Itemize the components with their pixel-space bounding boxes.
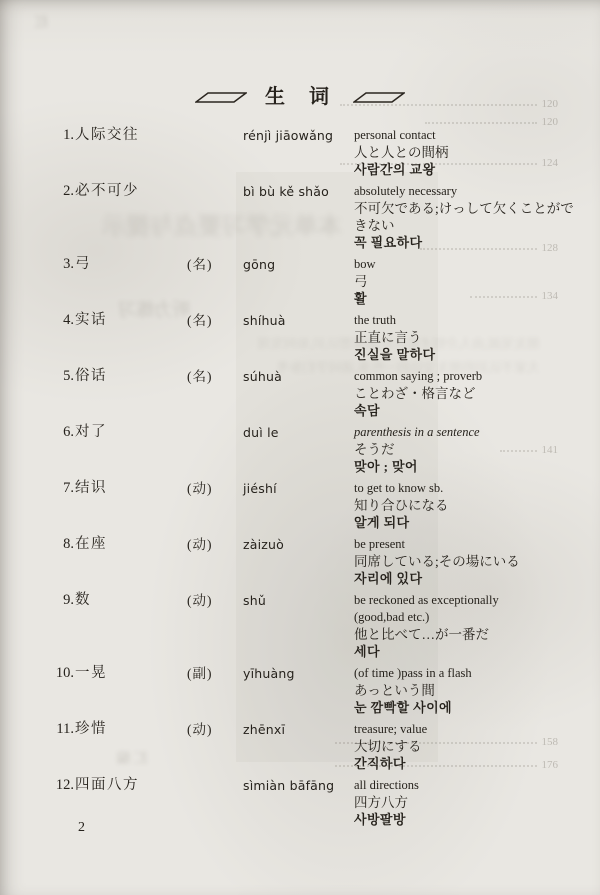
translation-line-ko: 눈 깜빡할 사이에: [354, 699, 574, 716]
translation-line-en: absolutely necessary: [354, 183, 574, 200]
vocab-entry: 4.实话(名)shíhuàthe truth正直に言う진실을 말하다: [48, 312, 574, 363]
entry-part-of-speech: (副): [187, 665, 243, 716]
vocab-entry: 6.对了duì leparenthesis in a sentenceそうだ맞아…: [48, 424, 574, 475]
entry-pinyin: bì bù kě shǎo: [243, 183, 354, 251]
entry-pinyin: gōng: [243, 256, 354, 307]
entry-head: 6.对了duì le: [48, 424, 354, 475]
entry-translations: bow弓활: [354, 256, 574, 307]
entry-number: 7.: [48, 480, 74, 531]
entry-pinyin: yīhuàng: [243, 665, 354, 716]
entry-pinyin: sìmiàn bāfāng: [243, 777, 354, 828]
entry-word: 数: [74, 592, 187, 660]
translation-line-ko: 세다: [354, 643, 574, 660]
translation-line-ko: 사방팔방: [354, 811, 574, 828]
entry-word: 俗话: [74, 368, 187, 419]
entry-head: 4.实话(名)shíhuà: [48, 312, 354, 363]
translation-line-en: to get to know sb.: [354, 480, 574, 497]
entry-word: 四面八方: [74, 777, 187, 828]
entry-part-of-speech: [187, 127, 243, 178]
entry-pinyin: rénjì jiāowǎng: [243, 127, 354, 178]
entry-head: 7.结识(动)jiéshí: [48, 480, 354, 531]
right-parallelogram-ornament: [353, 92, 405, 103]
entry-part-of-speech: [187, 777, 243, 828]
vocab-entry: 9.数(动)shǔbe reckoned as exceptionally(go…: [48, 592, 574, 660]
entry-head: 11.珍惜(动)zhēnxī: [48, 721, 354, 772]
entry-part-of-speech: (名): [187, 256, 243, 307]
entry-translations: be reckoned as exceptionally(good,bad et…: [354, 592, 574, 660]
bleedthrough-toc-leader: 120: [425, 112, 558, 128]
translation-line-en: (good,bad etc.): [354, 609, 574, 626]
vocab-entry: 7.结识(动)jiéshíto get to know sb.知り合ひになる알게…: [48, 480, 574, 531]
entry-translations: be present同席している;その場にいる자리에 있다: [354, 536, 574, 587]
translation-line-ja: 人と人との間柄: [354, 144, 574, 161]
translation-line-en: bow: [354, 256, 574, 273]
translation-line-ko: 진실을 말하다: [354, 346, 574, 363]
translation-line-ko: 맞아 ; 맞어: [354, 458, 574, 475]
entry-number: 1.: [48, 127, 74, 178]
entry-number: 3.: [48, 256, 74, 307]
entry-head: 9.数(动)shǔ: [48, 592, 354, 660]
entry-number: 2.: [48, 183, 74, 251]
entry-pinyin: zàizuò: [243, 536, 354, 587]
translation-line-en: all directions: [354, 777, 574, 794]
translation-line-en: treasure; value: [354, 721, 574, 738]
translation-line-ja: 正直に言う: [354, 329, 574, 346]
bleedthrough-dotted-line: [425, 122, 537, 124]
entry-part-of-speech: (动): [187, 480, 243, 531]
entry-part-of-speech: [187, 424, 243, 475]
page-title: 生词: [265, 86, 353, 108]
translation-line-en: personal contact: [354, 127, 574, 144]
entry-pinyin: súhuà: [243, 368, 354, 419]
translation-line-ja: 四方八方: [354, 794, 574, 811]
translation-line-ko: 알게 되다: [354, 514, 574, 531]
vocab-list: 1.人际交往rénjì jiāowǎngpersonal contact人と人と…: [48, 127, 574, 833]
entry-part-of-speech: [187, 183, 243, 251]
entry-word: 一晃: [74, 665, 187, 716]
entry-pinyin: shíhuà: [243, 312, 354, 363]
entry-translations: the truth正直に言う진실을 말하다: [354, 312, 574, 363]
entry-word: 在座: [74, 536, 187, 587]
entry-number: 8.: [48, 536, 74, 587]
entry-head: 2.必不可少bì bù kě shǎo: [48, 183, 354, 251]
translation-line-ko: 자리에 있다: [354, 570, 574, 587]
entry-translations: parenthesis in a sentenceそうだ맞아 ; 맞어: [354, 424, 574, 475]
translation-line-en: the truth: [354, 312, 574, 329]
entry-number: 10.: [48, 665, 74, 716]
vocab-entry: 12.四面八方sìmiàn bāfāngall directions四方八方사방…: [48, 777, 574, 828]
translation-line-ja: 同席している;その場にいる: [354, 553, 574, 570]
translation-line-ko: 사람간의 교왕: [354, 161, 574, 178]
vocab-entry: 10.一晃(副)yīhuàng(of time )pass in a flash…: [48, 665, 574, 716]
translation-line-ja: そうだ: [354, 441, 574, 458]
vocab-entry: 1.人际交往rénjì jiāowǎngpersonal contact人と人と…: [48, 127, 574, 178]
translation-line-ko: 간직하다: [354, 755, 574, 772]
section-header: 生词: [0, 86, 600, 108]
entry-pinyin: shǔ: [243, 592, 354, 660]
entry-word: 结识: [74, 480, 187, 531]
translation-line-ja: 知り合ひになる: [354, 497, 574, 514]
translation-line-ko: 활: [354, 290, 574, 307]
entry-number: 12.: [48, 777, 74, 828]
translation-line-ja: 不可欠である;けっして欠くことがで: [354, 200, 574, 217]
vocab-entry: 8.在座(动)zàizuòbe present同席している;その場にいる자리에 …: [48, 536, 574, 587]
entry-head: 3.弓(名)gōng: [48, 256, 354, 307]
entry-number: 9.: [48, 592, 74, 660]
translation-line-ko: 속담: [354, 402, 574, 419]
page-number: 2: [78, 820, 85, 836]
translation-line-en: be reckoned as exceptionally: [354, 592, 574, 609]
entry-head: 8.在座(动)zàizuò: [48, 536, 354, 587]
entry-part-of-speech: (名): [187, 312, 243, 363]
translation-line-ja: 他と比べて…が一番だ: [354, 626, 574, 643]
translation-line-en: be present: [354, 536, 574, 553]
entry-part-of-speech: (动): [187, 721, 243, 772]
entry-translations: absolutely necessary不可欠である;けっして欠くことができない…: [354, 183, 574, 251]
entry-number: 5.: [48, 368, 74, 419]
entry-word: 人际交往: [74, 127, 187, 178]
vocab-entry: 3.弓(名)gōngbow弓활: [48, 256, 574, 307]
entry-part-of-speech: (动): [187, 536, 243, 587]
entry-translations: treasure; value大切にする간직하다: [354, 721, 574, 772]
entry-translations: all directions四方八方사방팔방: [354, 777, 574, 828]
translation-line-ko: 꼭 필요하다: [354, 234, 574, 251]
entry-translations: to get to know sb.知り合ひになる알게 되다: [354, 480, 574, 531]
vocab-entry: 2.必不可少bì bù kě shǎoabsolutely necessary不…: [48, 183, 574, 251]
entry-translations: (of time )pass in a flashあっという間눈 깜빡할 사이에: [354, 665, 574, 716]
entry-head: 1.人际交往rénjì jiāowǎng: [48, 127, 354, 178]
scanned-textbook-page: 120120124128134141158176本单元学习要点与提示听力练习朋友…: [0, 0, 600, 895]
bleedthrough-mirrored-text: 红: [18, 12, 48, 32]
entry-number: 4.: [48, 312, 74, 363]
entry-translations: common saying ; proverbことわざ・格言など속담: [354, 368, 574, 419]
left-parallelogram-ornament: [195, 92, 247, 103]
entry-word: 对了: [74, 424, 187, 475]
entry-word: 珍惜: [74, 721, 187, 772]
translation-line-ja: あっという間: [354, 682, 574, 699]
entry-part-of-speech: (动): [187, 592, 243, 660]
entry-head: 12.四面八方sìmiàn bāfāng: [48, 777, 354, 828]
entry-word: 弓: [74, 256, 187, 307]
entry-head: 10.一晃(副)yīhuàng: [48, 665, 354, 716]
translation-line-en: common saying ; proverb: [354, 368, 574, 385]
entry-pinyin: zhēnxī: [243, 721, 354, 772]
entry-number: 6.: [48, 424, 74, 475]
entry-pinyin: duì le: [243, 424, 354, 475]
entry-word: 必不可少: [74, 183, 187, 251]
entry-number: 11.: [48, 721, 74, 772]
entry-head: 5.俗话(名)súhuà: [48, 368, 354, 419]
vocab-entry: 11.珍惜(动)zhēnxītreasure; value大切にする간직하다: [48, 721, 574, 772]
translation-line-ja: ことわざ・格言など: [354, 385, 574, 402]
entry-translations: personal contact人と人との間柄사람간의 교왕: [354, 127, 574, 178]
translation-line-ja: 大切にする: [354, 738, 574, 755]
entry-word: 实话: [74, 312, 187, 363]
entry-part-of-speech: (名): [187, 368, 243, 419]
entry-pinyin: jiéshí: [243, 480, 354, 531]
vocab-entry: 5.俗话(名)súhuàcommon saying ; proverbことわざ・…: [48, 368, 574, 419]
translation-line-en: (of time )pass in a flash: [354, 665, 574, 682]
translation-line-ja: 弓: [354, 273, 574, 290]
translation-line-en-italic: parenthesis in a sentence: [354, 424, 574, 441]
translation-line-ja: きない: [354, 217, 574, 234]
